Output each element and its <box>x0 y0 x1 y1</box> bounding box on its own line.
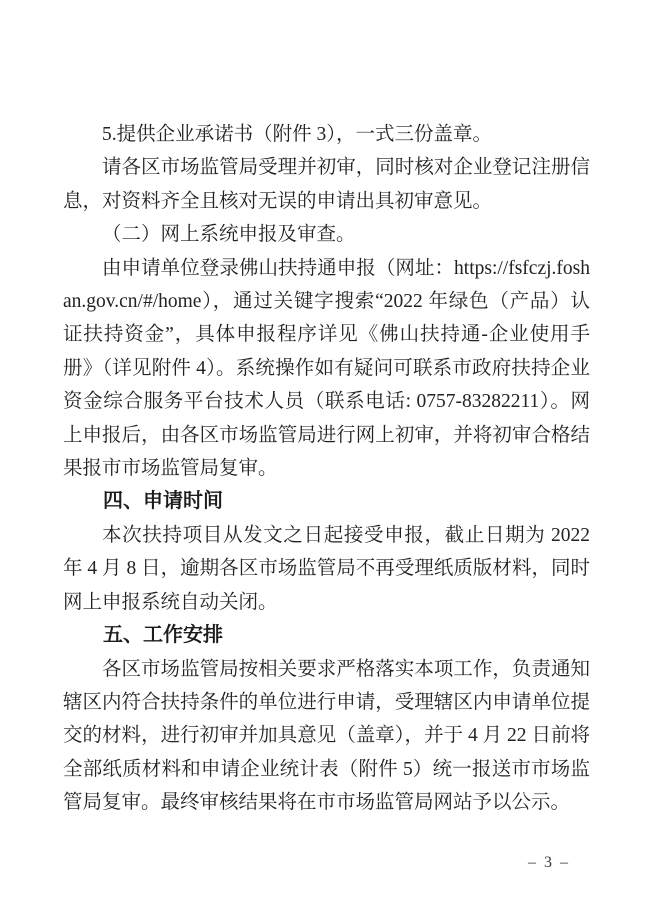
para-online-declaration-process: 由申请单位登录佛山扶持通申报（网址：https://fsfczj.foshan.… <box>63 252 590 486</box>
page-number: – 3 – <box>528 854 570 872</box>
heading-application-time: 四、申请时间 <box>63 485 590 518</box>
para-subheading-online-declaration: （二）网上系统申报及审查。 <box>63 218 590 251</box>
document-body: 5.提供企业承诺书（附件 3），一式三份盖章。 请各区市场监管局受理并初审，同时… <box>63 118 590 820</box>
para-enterprise-commitment-letter: 5.提供企业承诺书（附件 3），一式三份盖章。 <box>63 118 590 151</box>
document-page: 5.提供企业承诺书（附件 3），一式三份盖章。 请各区市场监管局受理并初审，同时… <box>0 0 650 919</box>
para-work-arrangement-detail: 各区市场监管局按相关要求严格落实本项工作，负责通知辖区内符合扶持条件的单位进行申… <box>63 653 590 820</box>
para-application-deadline: 本次扶持项目从发文之日起接受申报，截止日期为 2022 年 4 月 8 日，逾期… <box>63 519 590 619</box>
heading-work-arrangement: 五、工作安排 <box>63 619 590 652</box>
para-district-initial-review: 请各区市场监管局受理并初审，同时核对企业登记注册信息，对资料齐全且核对无误的申请… <box>63 151 590 218</box>
